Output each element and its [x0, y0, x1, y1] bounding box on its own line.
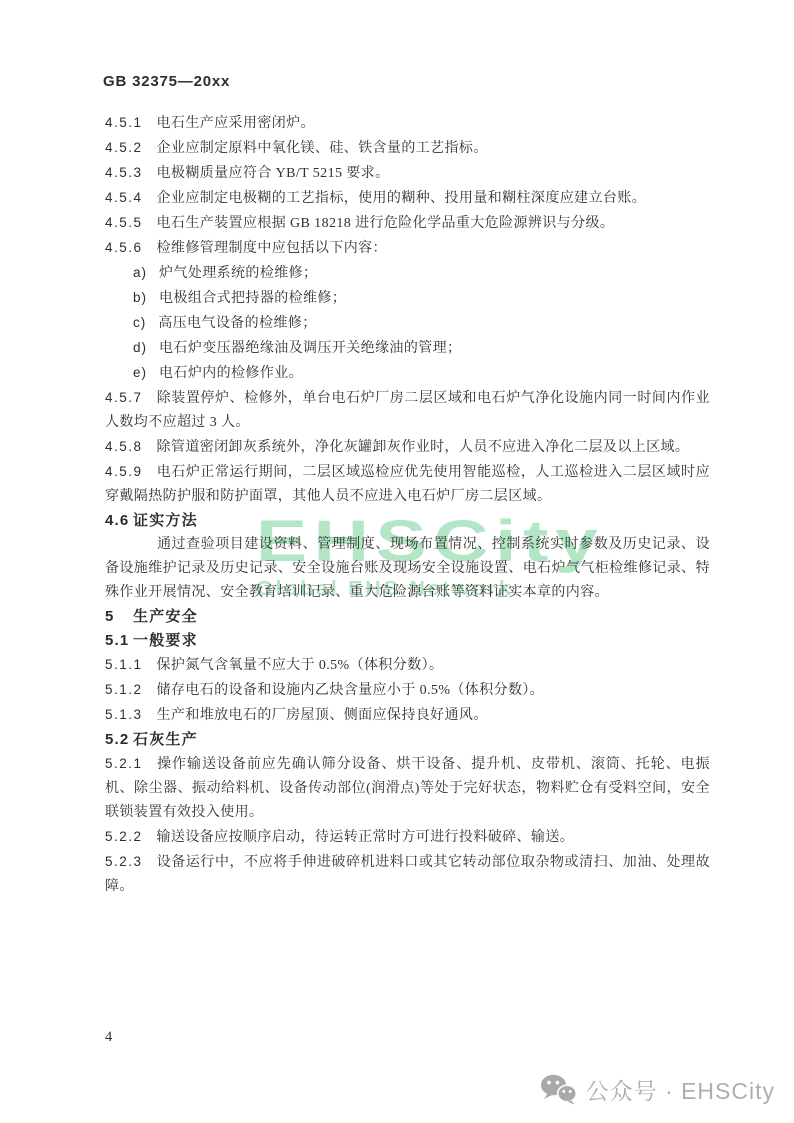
list-item-b: b)电极组合式把持器的检维修；	[105, 286, 710, 311]
clause-text: 电石生产装置应根据 GB 18218 进行危险化学品重大危险源辨识与分级。	[157, 216, 615, 231]
wechat-label: 公众号 · EHSCity	[586, 1073, 775, 1106]
clause-5-2-3: 5.2.3设备运行中，不应将手伸进破碎机进料口或其它转动部位取杂物或清扫、加油、…	[105, 850, 710, 899]
clause-text: 生产和堆放电石的厂房屋顶、侧面应保持良好通风。	[157, 708, 488, 723]
heading-number: 5.1	[105, 629, 133, 653]
list-item-text: 高压电气设备的检维修；	[158, 316, 316, 331]
wechat-icon	[540, 1074, 577, 1105]
clause-number: 4.5.8	[105, 439, 157, 454]
clause-number: 5.1.3	[105, 707, 157, 722]
clause-number: 5.1.2	[105, 682, 157, 697]
paragraph-4-6: 通过查验项目建设资料、管理制度、现场布置情况、控制系统实时参数及历史记录、设备设…	[105, 533, 710, 605]
clause-number: 5.2.2	[105, 829, 157, 844]
list-item-text: 炉气处理系统的检维修；	[159, 266, 317, 281]
clause-4-5-8: 4.5.8除管道密闭卸灰系统外，净化灰罐卸灰作业时，人员不应进入净化二层及以上区…	[105, 435, 710, 460]
clause-number: 4.5.2	[105, 140, 157, 155]
clause-number: 4.5.4	[105, 190, 157, 205]
list-item-e: e)电石炉内的检修作业。	[105, 361, 710, 386]
list-item-marker: a)	[133, 265, 159, 280]
clause-text: 设备运行中，不应将手伸进破碎机进料口或其它转动部位取杂物或清扫、加油、处理故障。	[105, 855, 710, 894]
clause-number: 4.5.7	[105, 390, 157, 405]
heading-number: 4.6	[105, 509, 133, 533]
clause-text: 企业应制定电极糊的工艺指标，使用的糊种、投用量和糊柱深度应建立台账。	[157, 191, 647, 206]
clause-text: 检维修管理制度中应包括以下内容：	[157, 241, 387, 256]
clause-4-5-2: 4.5.2企业应制定原料中氧化镁、硅、铁含量的工艺指标。	[105, 136, 710, 161]
clause-4-5-3: 4.5.3电极糊质量应符合 YB/T 5215 要求。	[105, 161, 710, 186]
clause-4-5-1: 4.5.1电石生产应采用密闭炉。	[105, 111, 710, 136]
heading-number: 5.2	[105, 728, 133, 752]
list-item-d: d)电石炉变压器绝缘油及调压开关绝缘油的管理；	[105, 336, 710, 361]
heading-5-1: 5.1一般要求	[105, 629, 710, 653]
clause-number: 5.2.1	[105, 756, 157, 771]
list-item-marker: e)	[133, 365, 159, 380]
clause-5-1-2: 5.1.2储存电石的设备和设施内乙炔含量应小于 0.5%（体积分数）。	[105, 678, 710, 703]
clause-4-5-9: 4.5.9电石炉正常运行期间，二层区域巡检应优先使用智能巡检，人工巡检进入二层区…	[105, 460, 710, 509]
list-item-marker: d)	[133, 340, 159, 355]
clause-5-1-1: 5.1.1保护氮气含氧量不应大于 0.5%（体积分数）。	[105, 653, 710, 678]
list-item-marker: c)	[133, 315, 158, 330]
clause-text: 除管道密闭卸灰系统外，净化灰罐卸灰作业时，人员不应进入净化二层及以上区域。	[157, 440, 690, 455]
heading-text: 石灰生产	[133, 731, 198, 748]
wechat-footer: 公众号 · EHSCity	[540, 1073, 775, 1106]
clause-number: 4.5.5	[105, 215, 157, 230]
clause-number: 4.5.3	[105, 165, 157, 180]
clause-text: 电石生产应采用密闭炉。	[157, 116, 315, 131]
heading-text: 生产安全	[133, 608, 198, 625]
list-item-text: 电石炉变压器绝缘油及调压开关绝缘油的管理；	[159, 341, 461, 356]
clause-text: 操作输送设备前应先确认筛分设备、烘干设备、提升机、皮带机、滚筒、托轮、电振机、除…	[105, 757, 710, 820]
clause-text: 除装置停炉、检修外，单台电石炉厂房二层区域和电石炉气净化设施内同一时间内作业人数…	[105, 391, 710, 430]
list-item-text: 电极组合式把持器的检维修；	[159, 291, 346, 306]
clause-text: 输送设备应按顺序启动，待运转正常时方可进行投料破碎、输送。	[157, 830, 575, 845]
clause-text: 保护氮气含氧量不应大于 0.5%（体积分数）。	[157, 658, 444, 673]
heading-text: 证实方法	[133, 512, 198, 529]
clause-4-5-6: 4.5.6检维修管理制度中应包括以下内容：	[105, 236, 710, 261]
list-item-a: a)炉气处理系统的检维修；	[105, 261, 710, 286]
doc-code: GB 32375—20xx	[103, 73, 230, 90]
clause-number: 4.5.1	[105, 115, 157, 130]
clause-5-1-3: 5.1.3生产和堆放电石的厂房屋顶、侧面应保持良好通风。	[105, 703, 710, 728]
clause-number: 4.5.6	[105, 240, 157, 255]
clause-text: 企业应制定原料中氧化镁、硅、铁含量的工艺指标。	[157, 141, 488, 156]
clause-number: 5.1.1	[105, 657, 157, 672]
heading-number: 5	[105, 605, 133, 629]
clause-5-2-1: 5.2.1操作输送设备前应先确认筛分设备、烘干设备、提升机、皮带机、滚筒、托轮、…	[105, 752, 710, 825]
page-content: 4.5.1电石生产应采用密闭炉。 4.5.2企业应制定原料中氧化镁、硅、铁含量的…	[105, 111, 710, 899]
clause-number: 4.5.9	[105, 464, 157, 479]
clause-5-2-2: 5.2.2输送设备应按顺序启动，待运转正常时方可进行投料破碎、输送。	[105, 825, 710, 850]
clause-number: 5.2.3	[105, 854, 157, 869]
heading-text: 一般要求	[133, 632, 198, 649]
clause-4-5-5: 4.5.5电石生产装置应根据 GB 18218 进行危险化学品重大危险源辨识与分…	[105, 211, 710, 236]
heading-4-6: 4.6证实方法	[105, 509, 710, 533]
clause-4-5-4: 4.5.4企业应制定电极糊的工艺指标，使用的糊种、投用量和糊柱深度应建立台账。	[105, 186, 710, 211]
clause-4-5-7: 4.5.7除装置停炉、检修外，单台电石炉厂房二层区域和电石炉气净化设施内同一时间…	[105, 386, 710, 435]
list-item-text: 电石炉内的检修作业。	[159, 366, 303, 381]
list-item-marker: b)	[133, 290, 159, 305]
list-item-c: c)高压电气设备的检维修；	[105, 311, 710, 336]
clause-text: 电石炉正常运行期间，二层区域巡检应优先使用智能巡检，人工巡检进入二层区域时应穿戴…	[105, 465, 710, 504]
page-number: 4	[105, 1029, 112, 1046]
heading-5-2: 5.2石灰生产	[105, 728, 710, 752]
heading-5: 5生产安全	[105, 605, 710, 629]
document-page: GB 32375—20xx EHSCity Global EHS Network…	[0, 0, 794, 1123]
clause-text: 电极糊质量应符合 YB/T 5215 要求。	[157, 166, 390, 181]
clause-text: 储存电石的设备和设施内乙炔含量应小于 0.5%（体积分数）。	[157, 683, 545, 698]
